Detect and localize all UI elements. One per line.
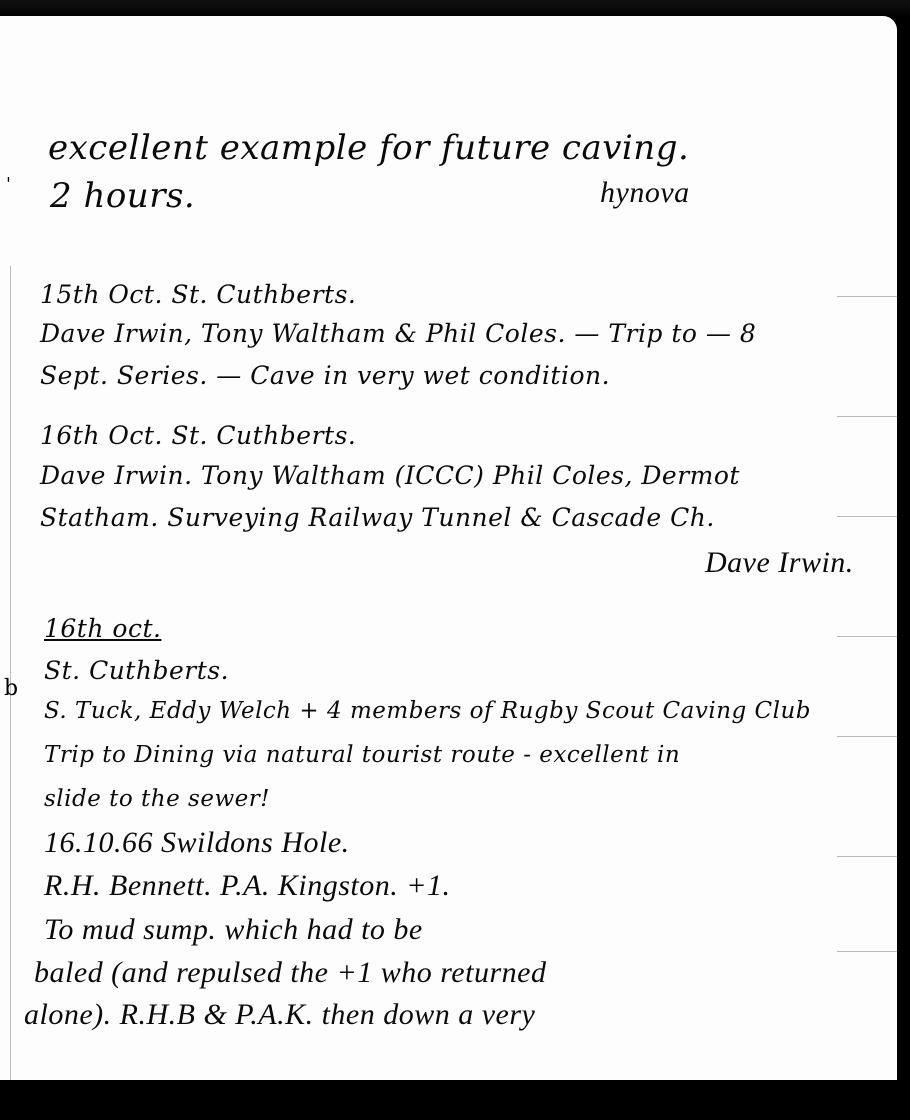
page-bottom-edge-shadow [0, 1080, 910, 1120]
entry-line: slide to the sewer! [44, 786, 270, 812]
entry-line: excellent example for future caving. [48, 128, 689, 168]
logbook-page: ' b excellent example for future caving.… [0, 16, 897, 1091]
entry-line: 2 hours. [50, 176, 195, 216]
ruled-line [837, 856, 897, 857]
ruled-line [837, 636, 897, 637]
ruled-line [837, 516, 897, 517]
entry-line: Sept. Series. — Cave in very wet conditi… [40, 361, 610, 390]
entry-date-line: 15th Oct. St. Cuthberts. [40, 280, 356, 309]
margin-mark: ' [6, 174, 11, 195]
ruled-line [837, 736, 897, 737]
entry-line: St. Cuthberts. [44, 656, 229, 685]
entry-date-line: 16th Oct. St. Cuthberts. [40, 421, 356, 450]
entry-line: baled (and repulsed the +1 who returned [34, 956, 546, 990]
entry-line: alone). R.H.B & P.A.K. then down a very [24, 998, 535, 1032]
ruled-line [837, 951, 897, 952]
entry-line: Statham. Surveying Railway Tunnel & Casc… [40, 503, 715, 532]
signature: Dave Irwin. [705, 546, 854, 580]
entry-line: Dave Irwin, Tony Waltham & Phil Coles. —… [40, 319, 756, 348]
entry-date-line: 16.10.66 Swildons Hole. [44, 826, 350, 860]
entry-line: To mud sump. which had to be [44, 913, 423, 947]
ruled-line [837, 416, 897, 417]
entry-line: Dave Irwin. Tony Waltham (ICCC) Phil Col… [40, 461, 740, 490]
entry-line: R.H. Bennett. P.A. Kingston. +1. [44, 869, 451, 903]
entry-line: Trip to Dining via natural tourist route… [44, 742, 680, 768]
entry-line: S. Tuck, Eddy Welch + 4 members of Rugby… [44, 698, 811, 724]
ruled-line [837, 296, 897, 297]
margin-mark: b [4, 676, 18, 701]
entry-date-line: 16th oct. [44, 614, 161, 643]
signature: hynova [600, 176, 690, 210]
